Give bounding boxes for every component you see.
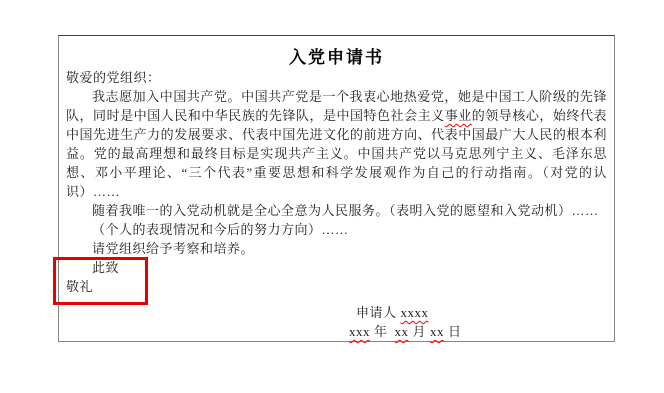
month-placeholder: xx — [395, 324, 409, 339]
day-unit: 日 — [448, 324, 462, 339]
date-line: xxx年xx月xx日 — [349, 322, 479, 341]
document-title: 入党申请书 — [66, 48, 607, 68]
applicant-name-placeholder: xxxx — [401, 305, 429, 320]
day-placeholder: xx — [430, 324, 444, 339]
salutation-line: 敬爱的党组织： — [66, 68, 607, 87]
month-unit: 月 — [413, 324, 427, 339]
spellcheck-word: 事业 — [445, 108, 472, 123]
paragraph-request-review: 请党组织给予考察和培养。 — [66, 239, 607, 258]
year-placeholder: xxx — [349, 324, 370, 339]
closing-section: 此致 敬礼 — [66, 258, 607, 296]
document-content: 入党申请书 敬爱的党组织： 我志愿加入中国共产党。中国共产党是一个我衷心地热爱党… — [59, 48, 614, 353]
paragraph-motivation: 随着我唯一的入党动机就是全心全意为人民服务。（表明入党的愿望和入党动机）…… — [66, 201, 607, 220]
closing-jingli: 敬礼 — [66, 277, 607, 296]
signature-block: 申请人xxxx xxx年xx月xx日 — [349, 303, 479, 341]
document-frame: 入党申请书 敬爱的党组织： 我志愿加入中国共产党。中国共产党是一个我衷心地热爱党… — [58, 35, 615, 342]
year-unit: 年 — [374, 324, 388, 339]
applicant-label: 申请人 — [356, 305, 397, 320]
applicant-line: 申请人xxxx — [349, 303, 479, 322]
closing-cizhi: 此致 — [66, 258, 607, 277]
paragraph-personal-performance: （个人的表现情况和今后的努力方向）…… — [66, 220, 607, 239]
page-background: 入党申请书 敬爱的党组织： 我志愿加入中国共产党。中国共产党是一个我衷心地热爱党… — [0, 0, 664, 393]
paragraph-party-understanding: 我志愿加入中国共产党。中国共产党是一个我衷心地热爱党，她是中国工人阶级的先锋队，… — [66, 87, 607, 201]
